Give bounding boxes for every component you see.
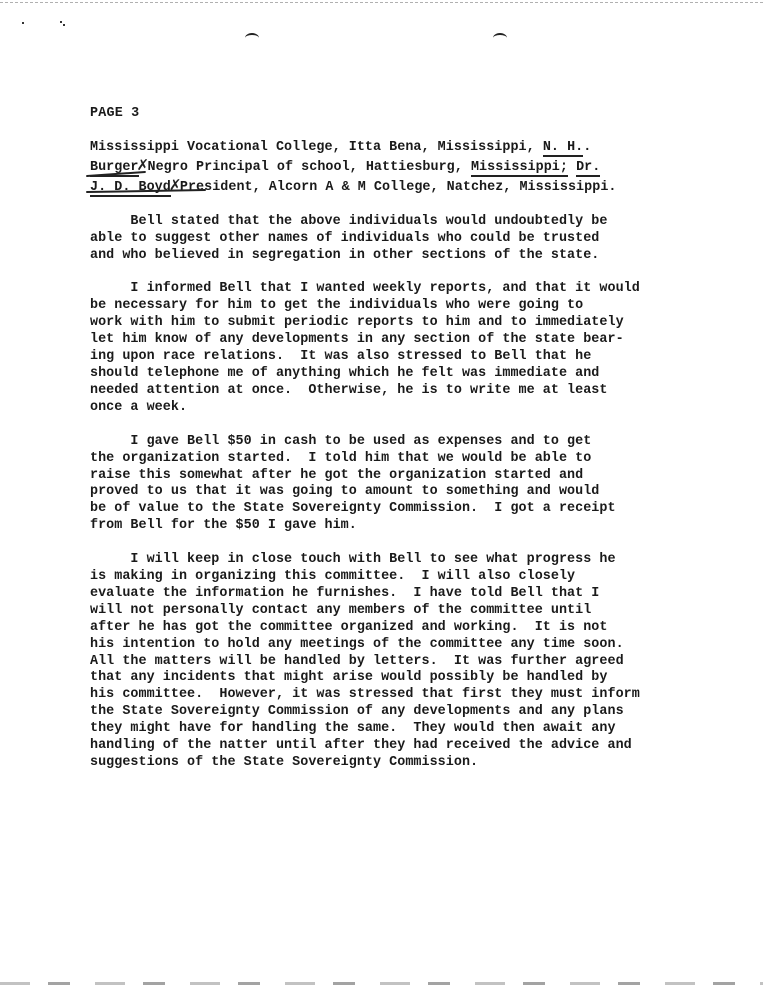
text-line: Bell stated that the above individuals w… [90, 214, 710, 231]
punch-hole-mark [493, 33, 507, 43]
page-number: PAGE 3 [90, 106, 139, 121]
text-line: raise this somewhat after he got the org… [90, 468, 710, 485]
text-line: needed attention at once. Otherwise, he … [90, 383, 710, 400]
text-line: after he has got the committee organized… [90, 620, 710, 637]
document-body: Mississippi Vocational College, Itta Ben… [90, 140, 710, 789]
paragraph-weekly-reports: I informed Bell that I wanted weekly rep… [90, 281, 710, 416]
text-line: ing upon race relations. It was also str… [90, 349, 710, 366]
text-line: I will keep in close touch with Bell to … [90, 552, 710, 569]
underlined-title: Dr. [576, 160, 600, 177]
text-segment: Mississippi Vocational College, Itta Ben… [90, 140, 543, 155]
text-line: evaluate the information he furnishes. I… [90, 586, 710, 603]
paragraph-names-list: Mississippi Vocational College, Itta Ben… [90, 140, 710, 197]
text-line: able to suggest other names of individua… [90, 231, 710, 248]
text-segment [568, 160, 576, 175]
text-line: All the matters will be handled by lette… [90, 654, 710, 671]
text-line: his intention to hold any meetings of th… [90, 637, 710, 654]
text-segment: Negro Principal of school, Hattiesburg, [148, 160, 471, 175]
paragraph-follow-up: I will keep in close touch with Bell to … [90, 552, 710, 772]
text-line: handling of the natter until after they … [90, 738, 710, 755]
text-segment: President, Alcorn A & M College, Natchez… [180, 180, 617, 195]
text-line: and who believed in segregation in other… [90, 248, 710, 265]
text-line: his committee. However, it was stressed … [90, 687, 710, 704]
text-line: they might have for handling the same. T… [90, 721, 710, 738]
text-line: will not personally contact any members … [90, 603, 710, 620]
text-line: Burger✗Negro Principal of school, Hattie… [90, 157, 710, 177]
text-line: that any incidents that might arise woul… [90, 670, 710, 687]
scan-speck [63, 24, 65, 26]
underlined-place: Mississippi; [471, 160, 568, 177]
underlined-name: N. H. [543, 140, 583, 157]
punch-hole-mark [245, 33, 259, 43]
text-line: is making in organizing this committee. … [90, 569, 710, 586]
text-line: should telephone me of anything which he… [90, 366, 710, 383]
text-line: be of value to the State Sovereignty Com… [90, 501, 710, 518]
text-line: suggestions of the State Sovereignty Com… [90, 755, 710, 772]
text-line: be necessary for him to get the individu… [90, 298, 710, 315]
text-line: work with him to submit periodic reports… [90, 315, 710, 332]
text-line: J. D. Boyd✗President, Alcorn A & M Colle… [90, 177, 710, 197]
text-line: the organization started. I told him tha… [90, 451, 710, 468]
paragraph-bell-suggestions: Bell stated that the above individuals w… [90, 214, 710, 265]
scan-speck [22, 22, 24, 24]
text-line: I gave Bell $50 in cash to be used as ex… [90, 434, 710, 451]
text-line: once a week. [90, 400, 710, 417]
scan-top-edge [0, 2, 763, 3]
underlined-name: J. D. Boyd [90, 180, 171, 197]
text-line: the State Sovereignty Commission of any … [90, 704, 710, 721]
text-line: let him know of any developments in any … [90, 332, 710, 349]
scan-speck [60, 21, 62, 23]
scan-bottom-edge [0, 982, 763, 985]
text-line: I informed Bell that I wanted weekly rep… [90, 281, 710, 298]
text-line: proved to us that it was going to amount… [90, 484, 710, 501]
text-line: Mississippi Vocational College, Itta Ben… [90, 140, 710, 157]
text-line: from Bell for the $50 I gave him. [90, 518, 710, 535]
paragraph-cash-payment: I gave Bell $50 in cash to be used as ex… [90, 434, 710, 535]
